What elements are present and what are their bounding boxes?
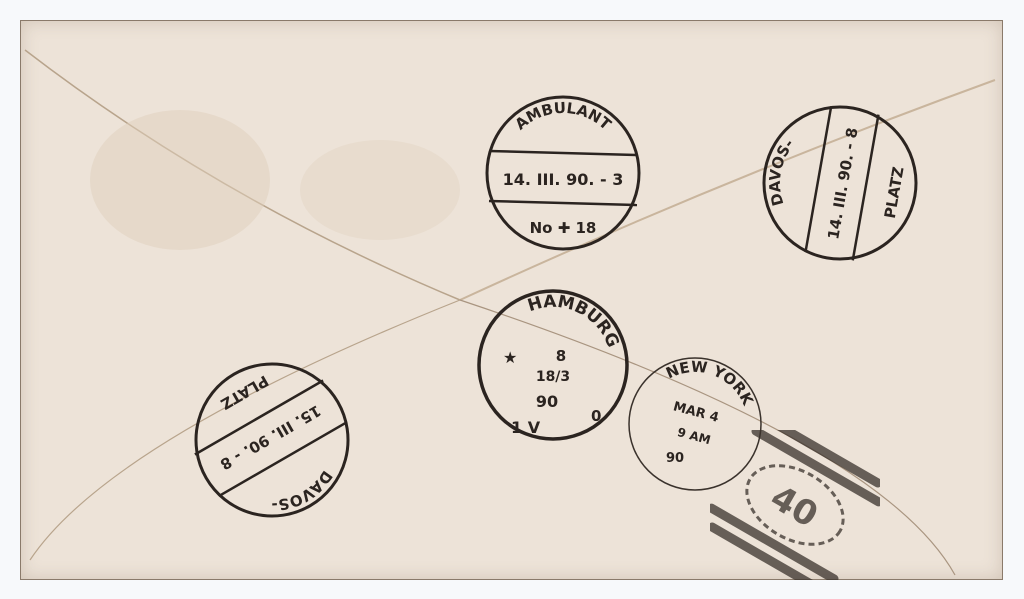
svg-text:90: 90 — [536, 392, 558, 411]
svg-text:PLATZ: PLATZ — [217, 372, 271, 414]
postmark-ambulant: AMBULANT 14. III. 90. - 3 No ✚ 18 — [483, 93, 643, 253]
postmark-duplex-cancel: 40 — [710, 430, 880, 580]
postmark-davos-platz-2: DAVOS- 15. III. 90. - 8 PLATZ — [192, 360, 352, 520]
svg-text:14. III. 90. - 8: 14. III. 90. - 8 — [824, 126, 861, 241]
postmark-hamburg: HAMBURG ★ 8 18/3 90 1 V 0 — [473, 283, 633, 448]
svg-text:No ✚ 18: No ✚ 18 — [530, 219, 597, 237]
svg-text:90: 90 — [666, 451, 684, 466]
svg-text:0: 0 — [591, 407, 601, 425]
svg-text:9 AM: 9 AM — [676, 425, 712, 447]
svg-text:MAR 4: MAR 4 — [671, 399, 720, 426]
svg-text:40: 40 — [764, 478, 825, 536]
postmark-davos-platz-1: DAVOS- 14. III. 90. - 8 PLATZ — [760, 103, 920, 263]
svg-text:AMBULANT: AMBULANT — [511, 99, 615, 134]
svg-text:14. III. 90. - 3: 14. III. 90. - 3 — [503, 170, 624, 189]
svg-text:1 V: 1 V — [511, 418, 541, 437]
svg-text:HAMBURG: HAMBURG — [525, 292, 622, 351]
svg-text:★: ★ — [503, 348, 517, 367]
svg-text:PLATZ: PLATZ — [881, 165, 908, 220]
svg-text:8: 8 — [556, 347, 566, 365]
svg-text:18/3: 18/3 — [536, 369, 570, 385]
envelope-back: AMBULANT 14. III. 90. - 3 No ✚ 18 DAVOS-… — [20, 20, 1003, 580]
